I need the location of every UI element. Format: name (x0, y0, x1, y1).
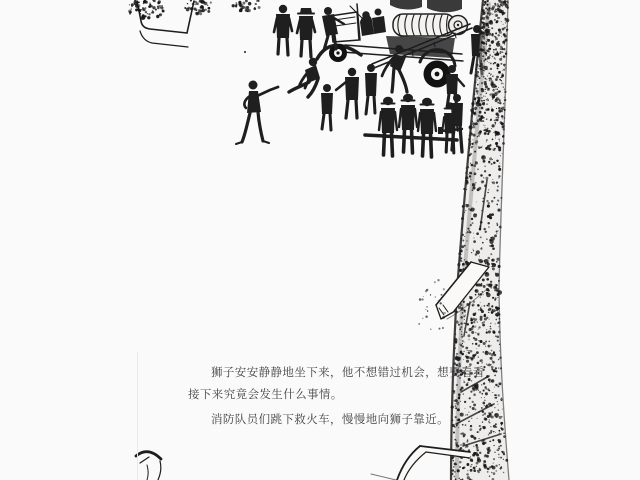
hose-reel (393, 14, 455, 36)
story-line-3: 消防队员们跳下救火车，慢慢地向狮子靠近。 (188, 408, 488, 430)
carried-pole (365, 135, 457, 140)
page-gutter-shadow (137, 352, 138, 480)
curb-curve (136, 452, 161, 480)
pointing-man (236, 81, 278, 145)
front-wheel (329, 44, 347, 62)
engine-crew (360, 9, 386, 37)
story-line-2: 接下来究竟会发生什么事情。 (188, 383, 488, 405)
engine-canopy (390, 0, 422, 9)
walking-group (321, 64, 377, 130)
story-text: 狮子安安静静地坐下来，他不想错过机会，想要看看 接下来究竟会发生什么事情。 消防… (188, 361, 488, 430)
axe-head (438, 127, 443, 134)
running-man (289, 58, 320, 97)
story-line-1: 狮子安安静静地坐下来，他不想错过机会，想要看看 (188, 361, 488, 383)
bystander-2-hat (297, 8, 315, 57)
ink-dot (244, 51, 246, 53)
book-page: 狮子安安静静地坐下来，他不想错过机会，想要看看 接下来究竟会发生什么事情。 消防… (0, 0, 640, 480)
firemen-row (379, 94, 458, 157)
bystander-3-leaning (322, 7, 344, 50)
bystander-1 (274, 5, 292, 55)
